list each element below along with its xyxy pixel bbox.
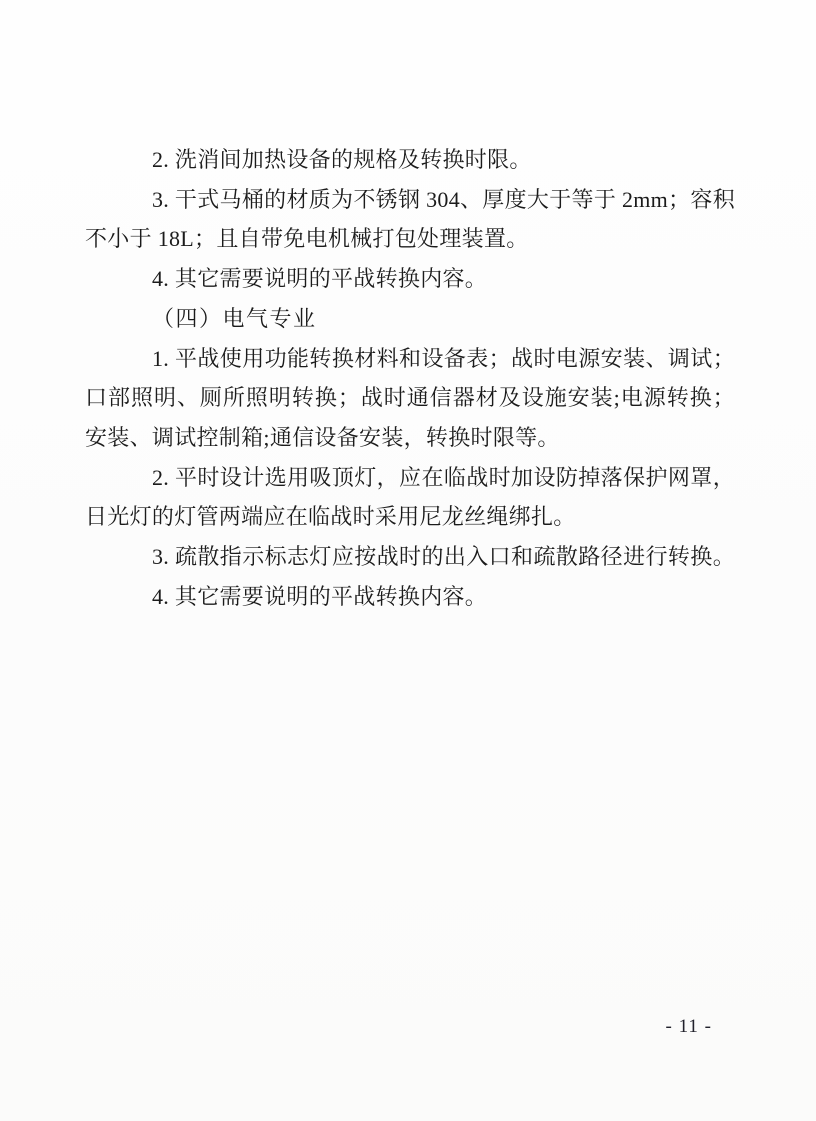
text-line: 2. 平时设计选用吸顶灯，应在临战时加设防掉落保护网罩， [85, 458, 735, 498]
text-line: 2. 洗消间加热设备的规格及转换时限。 [85, 140, 735, 180]
section-heading: （四）电气专业 [85, 299, 735, 339]
text-line: 4. 其它需要说明的平战转换内容。 [85, 577, 735, 617]
text-line: 3. 疏散指示标志灯应按战时的出入口和疏散路径进行转换。 [85, 537, 735, 577]
text-line: 3. 干式马桶的材质为不锈钢 304、厚度大于等于 2mm；容积 [85, 180, 735, 220]
text-line: 安装、调试控制箱;通信设备安装，转换时限等。 [85, 418, 735, 458]
document-body-text: 2. 洗消间加热设备的规格及转换时限。3. 干式马桶的材质为不锈钢 304、厚度… [85, 140, 735, 616]
text-line: 4. 其它需要说明的平战转换内容。 [85, 259, 735, 299]
page-number: - 11 - [666, 1014, 712, 1040]
document-page: 2. 洗消间加热设备的规格及转换时限。3. 干式马桶的材质为不锈钢 304、厚度… [0, 0, 816, 1121]
text-line: 1. 平战使用功能转换材料和设备表；战时电源安装、调试； [85, 339, 735, 379]
text-line: 口部照明、厕所照明转换；战时通信器材及设施安装;电源转换； [85, 378, 735, 418]
text-line: 日光灯的灯管两端应在临战时采用尼龙丝绳绑扎。 [85, 497, 735, 537]
text-line: 不小于 18L；且自带免电机械打包处理装置。 [85, 219, 735, 259]
